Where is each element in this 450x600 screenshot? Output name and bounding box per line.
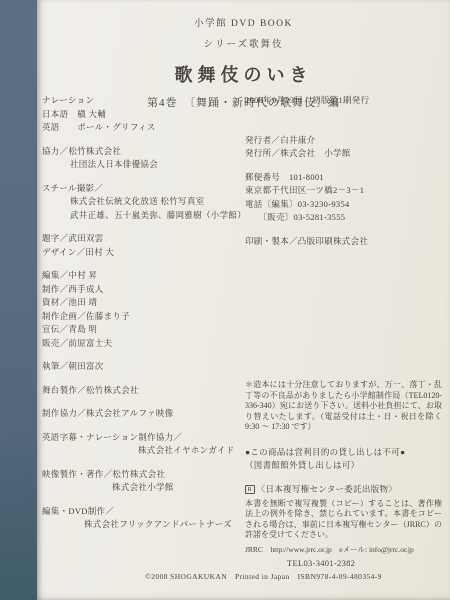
credit-line: デザイン／田村 大 [42,248,242,257]
credit-line: 執筆／朝田富次 [42,362,242,371]
publishing-line: 電話〔編集〕03-3230-9354 [245,200,442,209]
credit-line: 協力／松竹株式会社 [42,147,242,156]
credit-line: 制作／西手成人 [42,285,242,294]
publishing-line: JRRC http://www.jrrc.or.jp eメール: info@jr… [245,546,442,555]
publishing-line: 郵便番号 101-8001 [245,173,442,182]
credit-line: 販売／前原富士夫 [42,339,242,348]
credit-line: 映像製作・著作／松竹株式会社 [42,470,242,479]
credit-line: スチール撮影／ [42,184,242,193]
credits-column: ナレーション日本語 槇 大輔英語 ポール・グリフィス協力／松竹株式会社社団法人日… [42,96,242,529]
credit-line: 社団法人日本俳優協会 [42,160,242,169]
credit-line: 舞台製作／松竹株式会社 [42,386,242,395]
credit-line: 武井正雄、五十嵐美弥、藤岡雅樹（小学館） [42,211,242,220]
publishing-line: 〔販売〕03-5281-3555 [245,213,442,222]
credit-line: 株式会社イヤホンガイド [42,446,242,455]
colophon-page: 小学館 DVD BOOK シリーズ歌舞伎 歌舞伎のいき 第4巻 〔舞踊・新時代の… [37,0,450,600]
book-photo: 小学館 DVD BOOK シリーズ歌舞伎 歌舞伎のいき 第4巻 〔舞踊・新時代の… [0,0,450,600]
publishing-line: 本書を無断で複写複製（コピー）することは、著作権法上の例外を除き、禁じられていま… [245,499,442,541]
publishing-line: 印刷・製本／凸版印刷株式会社 [245,237,442,246]
credit-line: 制作企画／佐藤まり子 [42,312,242,321]
credit-line: 株式会社伝統文化放送 松竹写真室 [42,197,242,206]
publishing-line: ＊造本には十分注意しておりますが、万一、落丁・乱丁等の不良品がありましたら小学館… [245,380,442,433]
credit-line: 宣伝／青島 明 [42,325,242,334]
publishing-line: 東京都千代田区一ツ橋2－3－1 [245,186,442,195]
publishing-line: ●この商品は営利目的の貸し出しは不可● [245,448,442,457]
credit-line: 日本語 槇 大輔 [42,110,242,119]
publishing-line: 発行者／白井康介 [245,136,442,145]
credit-line: 編集・DVD制作／ [42,507,242,516]
publishing-line: （図書館館外貸し出しは可） [245,461,442,470]
publishing-column: 2008年9月23日 初版第1刷発行発行者／白井康介発行所／株式会社 小学館郵便… [245,96,442,568]
publishing-line: 2008年9月23日 初版第1刷発行 [245,96,442,105]
copyright-r-mark: R [245,485,255,494]
credit-line: 題字／武田双雲 [42,234,242,243]
publishing-line: TEL03-3401-2382 [245,559,442,568]
credit-line: 株式会社小学館 [42,483,242,492]
footer-line: ©2008 SHOGAKUKAN Printed in Japan ISBN97… [37,571,450,582]
credit-line: 英語 ポール・グリフィス [42,123,242,132]
publishing-line: R〈日本複写権センター委託出版物〉 [245,485,442,494]
credit-line: 資材／池田 靖 [42,298,242,307]
book-cover-edge [0,0,37,600]
credit-line: 株式会社フリックアンドパートナーズ [42,520,242,529]
publishing-line: 発行所／株式会社 小学館 [245,149,442,158]
brand-line: 小学館 DVD BOOK [37,15,450,29]
credit-line: 制作協力／株式会社アルファ映像 [42,409,242,418]
book-title: 歌舞伎のいき [37,61,450,87]
series-line: シリーズ歌舞伎 [37,36,450,50]
credit-line: ナレーション [42,96,242,105]
credit-line: 編集／中村 昇 [42,271,242,280]
credit-line: 英語字幕・ナレーション制作協力／ [42,433,242,442]
